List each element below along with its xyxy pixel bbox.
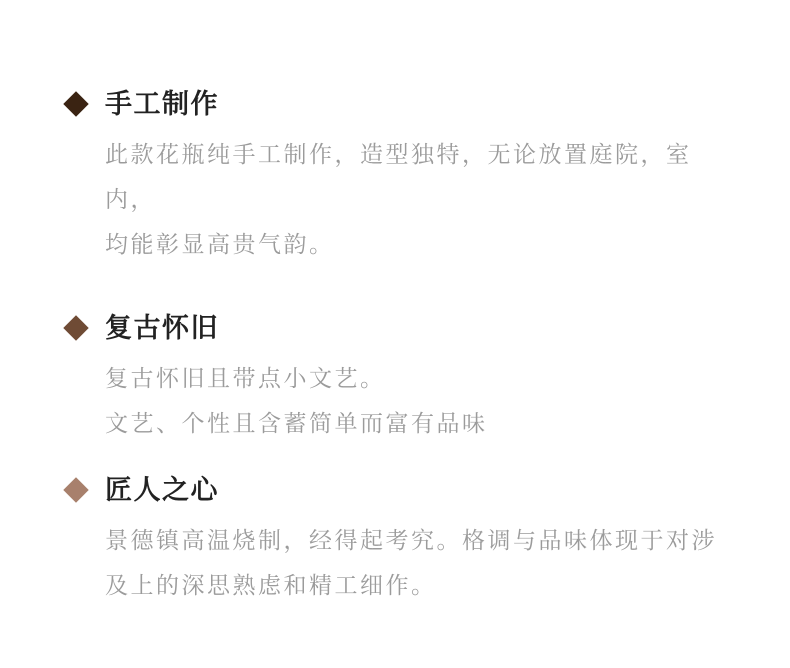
diamond-icon: [63, 477, 88, 502]
product-description-page: 手工制作 此款花瓶纯手工制作，造型独特，无论放置庭院，室内， 均能彰显高贵气韵。…: [0, 0, 790, 668]
feature-title-handmade: 手工制作: [105, 88, 219, 120]
feature-body-retro: 复古怀旧且带点小文艺。 文艺、个性且含蓄简单而富有品味: [105, 356, 735, 446]
icon-cell: [63, 95, 89, 113]
feature-section-retro: 复古怀旧 复古怀旧且带点小文艺。 文艺、个性且含蓄简单而富有品味: [63, 312, 735, 446]
diamond-icon: [63, 315, 88, 340]
icon-cell: [63, 319, 89, 337]
feature-section-craftsman: 匠人之心 景德镇高温烧制，经得起考究。格调与品味体现于对涉 及上的深思熟虑和精工…: [63, 474, 735, 608]
feature-title-craftsman: 匠人之心: [105, 474, 219, 506]
feature-body-craftsman: 景德镇高温烧制，经得起考究。格调与品味体现于对涉 及上的深思熟虑和精工细作。: [105, 518, 735, 608]
diamond-icon: [63, 91, 88, 116]
icon-cell: [63, 481, 89, 499]
feature-header: 匠人之心: [63, 474, 735, 506]
feature-section-handmade: 手工制作 此款花瓶纯手工制作，造型独特，无论放置庭院，室内， 均能彰显高贵气韵。: [63, 88, 735, 267]
feature-title-retro: 复古怀旧: [105, 312, 219, 344]
feature-body-handmade: 此款花瓶纯手工制作，造型独特，无论放置庭院，室内， 均能彰显高贵气韵。: [105, 132, 735, 267]
feature-header: 复古怀旧: [63, 312, 735, 344]
feature-header: 手工制作: [63, 88, 735, 120]
